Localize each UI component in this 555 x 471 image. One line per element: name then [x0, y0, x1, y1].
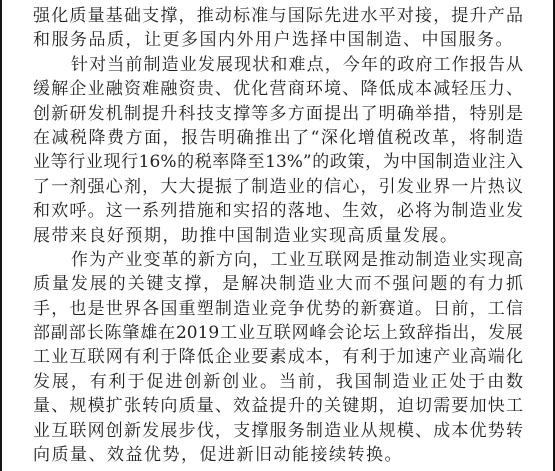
text-line: 强化质量基础支撑，推动标准与国际先进水平对接，提升产品 [33, 4, 523, 28]
text-line: 创新研发机制提升科技支撑等多方面提出了明确举措，特别是 [33, 102, 523, 126]
text-line: 手，也是世界各国重塑制造业竞争优势的新赛道。日前，工信 [33, 297, 523, 321]
text-line: 向质量、效益优势，促进新旧动能接续转换。 [33, 443, 523, 467]
text-line: 缓解企业融资难融资贵、优化营商环境、降低成本减轻压力、 [33, 77, 523, 101]
text-block: 强化质量基础支撑，推动标准与国际先进水平对接，提升产品和服务品质，让更多国内外用… [33, 4, 523, 467]
text-line: 在减税降费方面，报告明确推出了“深化增值税改革，将制造 [33, 126, 523, 150]
text-line: 和服务品质，让更多国内外用户选择中国制造、中国服务。 [33, 28, 523, 52]
text-line: 作为产业变革的新方向，工业互联网是推动制造业实现高 [33, 248, 523, 272]
document-page: 强化质量基础支撑，推动标准与国际先进水平对接，提升产品和服务品质，让更多国内外用… [0, 0, 555, 471]
text-line: 针对当前制造业发展现状和难点，今年的政府工作报告从 [33, 53, 523, 77]
text-line: 和欢呼。这一系列措施和实招的落地、生效，必将为制造业发 [33, 199, 523, 223]
text-line: 业互联网创新发展步伐，支撑服务制造业从规模、成本优势转 [33, 419, 523, 443]
text-line: 工业互联网有利于降低企业要素成本，有利于加速产业高端化 [33, 345, 523, 369]
text-line: 展带来良好预期，助推中国制造业实现高质量发展。 [33, 224, 523, 248]
text-line: 部副部长陈肇雄在2019工业互联网峰会论坛上致辞指出，发展 [33, 321, 523, 345]
text-line: 量、规模扩张转向质量、效益提升的关键期，迫切需要加快工 [33, 394, 523, 418]
text-line: 了一剂强心剂，大大提振了制造业的信心，引发业界一片热议 [33, 175, 523, 199]
text-line: 质量发展的关键支撑，是解决制造业大而不强问题的有力抓 [33, 272, 523, 296]
text-line: 业等行业现行16%的税率降至13%”的政策，为中国制造业注入 [33, 150, 523, 174]
text-line: 发展，有利于促进创新创业。当前，我国制造业正处于由数 [33, 370, 523, 394]
